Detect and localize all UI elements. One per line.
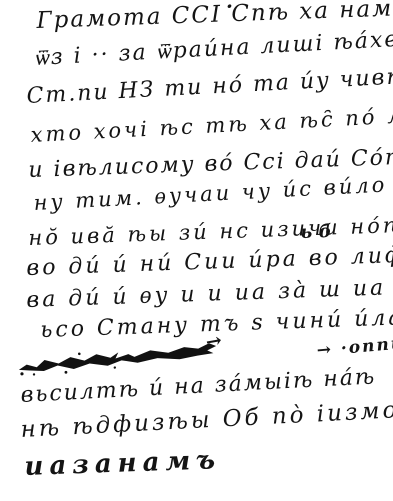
manuscript-page: · Грамота ССІ Спѣ ха нами́ ·. ѿз і ·· за… bbox=[0, 0, 393, 501]
post-smudge-text: → ·оппи bbox=[316, 333, 393, 361]
interline-marks: ь б bbox=[300, 221, 332, 243]
manuscript-line: ѿз і ·· за ѿраи́на лиші ѣа́хе bbox=[34, 26, 393, 71]
manuscript-line: хто хочі ѣс тѣ ха ѣс̑ по́ луфи́а bbox=[30, 100, 393, 147]
manuscript-line: иазанамъ bbox=[24, 445, 222, 482]
